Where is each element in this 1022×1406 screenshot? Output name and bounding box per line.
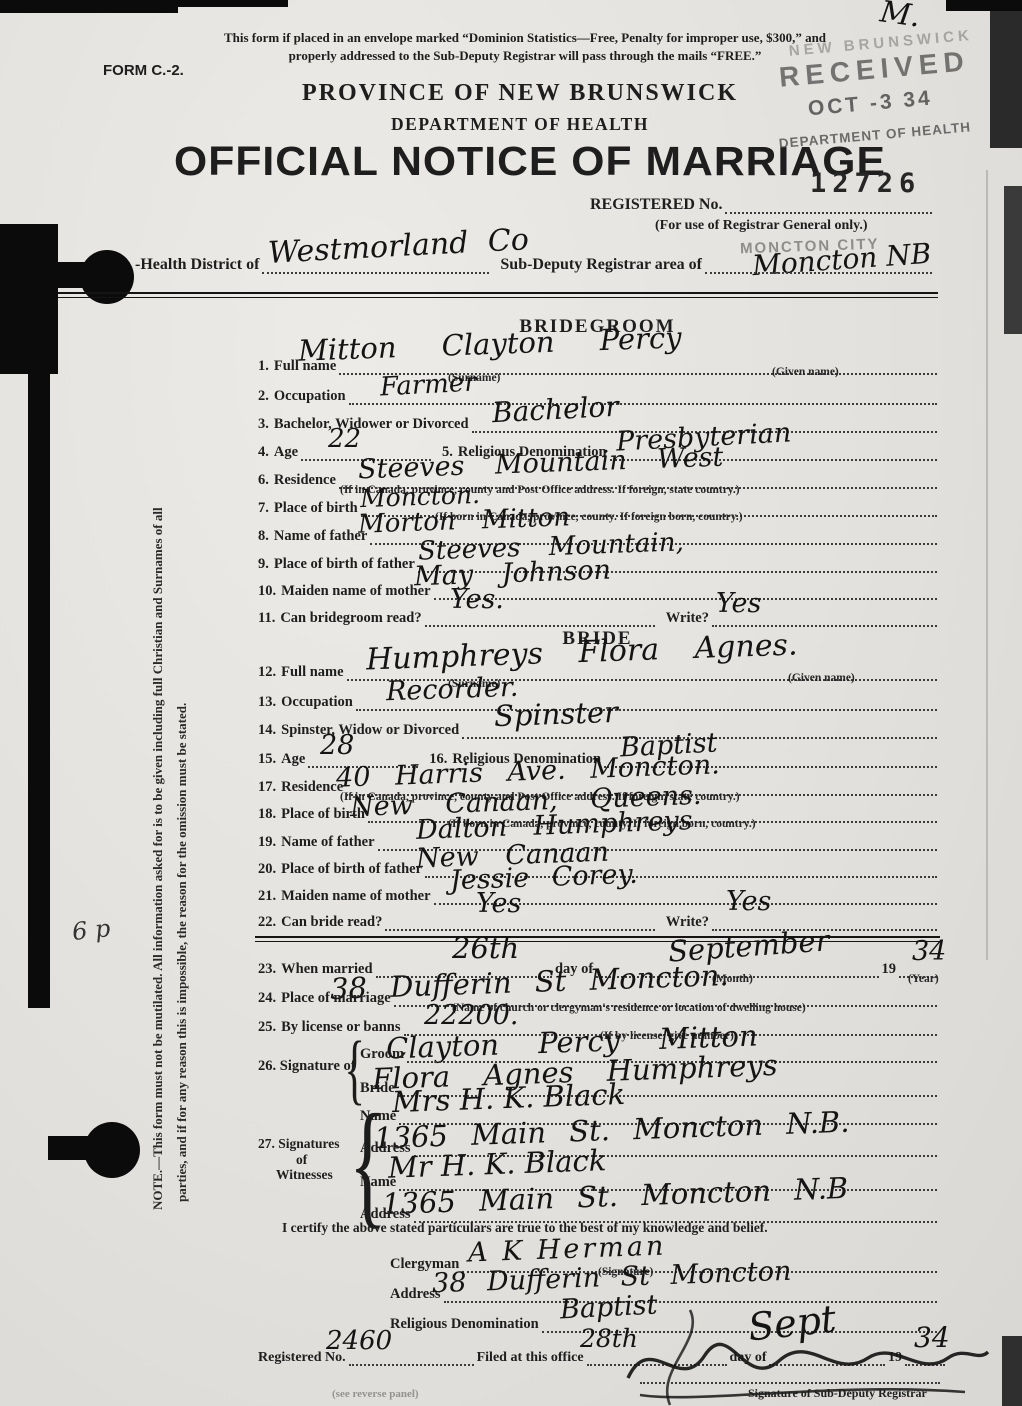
groom-occupation-label: Occupation: [274, 388, 346, 405]
certification-statement: I certify the above stated particulars a…: [282, 1220, 768, 1236]
paper-fold-line: [986, 170, 988, 960]
field-number: 26.: [258, 1058, 276, 1074]
bride-father-birthplace-label: Place of birth of father: [281, 861, 422, 878]
bride-mother-label: Maiden name of mother: [281, 888, 430, 905]
field-number: 17.: [258, 779, 276, 796]
corner-handwritten-mark: M.: [878, 0, 922, 33]
groom-birthplace-label: Place of birth: [274, 500, 358, 517]
field-number: 14.: [258, 722, 276, 739]
field-number: 21.: [258, 888, 276, 905]
bride-write-value: Yes: [726, 888, 771, 915]
pencil-annotation: 6 p: [71, 916, 112, 944]
margin-note-line1: NOTE.—This form must not be mutilated. A…: [150, 507, 166, 1210]
reverse-panel-note: (see reverse panel): [332, 1388, 419, 1400]
marriage-place-label: Place of marriage: [281, 990, 391, 1007]
year-prefix: 19: [882, 961, 897, 978]
field-number: 9.: [258, 556, 269, 573]
groom-father-label: Name of father: [274, 528, 367, 545]
dotted-line: [385, 925, 654, 931]
footer-registered-no-label: Registered No.: [258, 1350, 346, 1366]
marriage-notice-document: This form if placed in an envelope marke…: [0, 0, 1022, 1406]
section-divider: [58, 292, 938, 298]
filed-at-office-label: Filed at this office: [477, 1350, 584, 1366]
bride-status-label: Spinster, Widow or Divorced: [281, 722, 459, 739]
dotted-line: [349, 399, 937, 405]
bride-father-label: Name of father: [281, 834, 374, 851]
scan-edge-artifact: [176, 0, 288, 7]
given-name-sublabel: (Given name): [772, 366, 839, 378]
dotted-line: [349, 1360, 474, 1366]
groom-write-label: Write?: [666, 610, 709, 627]
sub-deputy-area-label: Sub-Deputy Registrar area of: [500, 256, 702, 274]
groom-mother-label: Maiden name of mother: [281, 583, 430, 600]
groom-read-value: Yes.: [450, 586, 504, 613]
groom-status-label: Bachelor, Widower or Divorced: [274, 416, 469, 433]
marriage-day-value: 26th: [452, 934, 519, 963]
form-code: FORM C.-2.: [103, 62, 184, 79]
groom-age-label: Age: [274, 444, 298, 461]
registrar-use-note: (For use of Registrar General only.): [655, 218, 868, 234]
punch-hole: [84, 1122, 140, 1178]
health-district-label: -Health District of: [135, 256, 259, 274]
witnesses-label: Signatures: [278, 1136, 339, 1151]
bride-read-label: Can bride read?: [281, 914, 382, 931]
bride-residence-label: Residence: [281, 779, 343, 796]
field-number: 20.: [258, 861, 276, 878]
license-label: By license or banns: [281, 1019, 400, 1036]
scan-edge-artifact: [1002, 1336, 1022, 1406]
bride-occupation-label: Occupation: [281, 694, 353, 711]
groom-residence-label: Residence: [274, 472, 336, 489]
scan-edge-artifact: [0, 0, 178, 13]
year-sublabel: (Year): [908, 973, 939, 985]
clergyman-denomination-label: Religious Denomination: [390, 1316, 539, 1333]
field-number: 27.: [258, 1136, 275, 1151]
field-number: 1.: [258, 358, 269, 375]
groom-read-label: Can bridegroom read?: [280, 610, 421, 627]
scan-edge-artifact: [0, 224, 58, 374]
field-number: 12.: [258, 664, 276, 681]
field-number: 25.: [258, 1019, 276, 1036]
field-number: 4.: [258, 444, 269, 461]
dotted-line: [262, 268, 489, 274]
margin-note-line2: parties, and if for any reason this is i…: [174, 703, 190, 1202]
bride-birthplace-label: Place of birth: [281, 806, 365, 823]
groom-father-birthplace-label: Place of birth of father: [274, 556, 415, 573]
registrar-signature-label: Signature of Sub-Deputy Registrar: [748, 1386, 927, 1401]
field-number: 3.: [258, 416, 269, 433]
field-number: 7.: [258, 500, 269, 517]
field-number: 2.: [258, 388, 269, 405]
scan-edge-artifact: [990, 8, 1022, 148]
bride-full-name-label: Full name: [281, 664, 343, 681]
field-number: 23.: [258, 961, 276, 978]
field-number: 15.: [258, 751, 276, 768]
scan-edge-artifact: [1004, 186, 1022, 334]
registered-no-label: REGISTERED No.: [590, 196, 722, 214]
field-number: 18.: [258, 806, 276, 823]
given-name-sublabel: (Given name): [788, 672, 855, 684]
field-number: 11.: [258, 610, 275, 627]
dotted-line: [356, 705, 937, 711]
scan-edge-artifact: [28, 372, 50, 1008]
field-number: 6.: [258, 472, 269, 489]
bride-write-label: Write?: [666, 914, 709, 931]
field-number: 13.: [258, 694, 276, 711]
registered-number-stamp: 12726: [810, 168, 921, 199]
clergyman-address-label: Address: [390, 1286, 441, 1303]
bride-read-value: Yes: [476, 890, 521, 917]
field-number: 8.: [258, 528, 269, 545]
witnesses-label: of: [296, 1152, 307, 1168]
dotted-line: [705, 268, 932, 274]
dotted-line: [434, 594, 937, 600]
dotted-line: [712, 621, 937, 627]
dotted-line: [725, 208, 932, 214]
bride-age-label: Age: [281, 751, 305, 768]
groom-full-name-label: Full name: [274, 358, 336, 375]
field-number: 22.: [258, 914, 276, 931]
section-divider: [255, 936, 940, 942]
field-number: 10.: [258, 583, 276, 600]
witnesses-label: Witnesses: [276, 1167, 333, 1183]
dotted-line: [640, 1382, 940, 1384]
field-number: 19.: [258, 834, 276, 851]
dotted-line: [425, 621, 655, 627]
field-number: 24.: [258, 990, 276, 1007]
